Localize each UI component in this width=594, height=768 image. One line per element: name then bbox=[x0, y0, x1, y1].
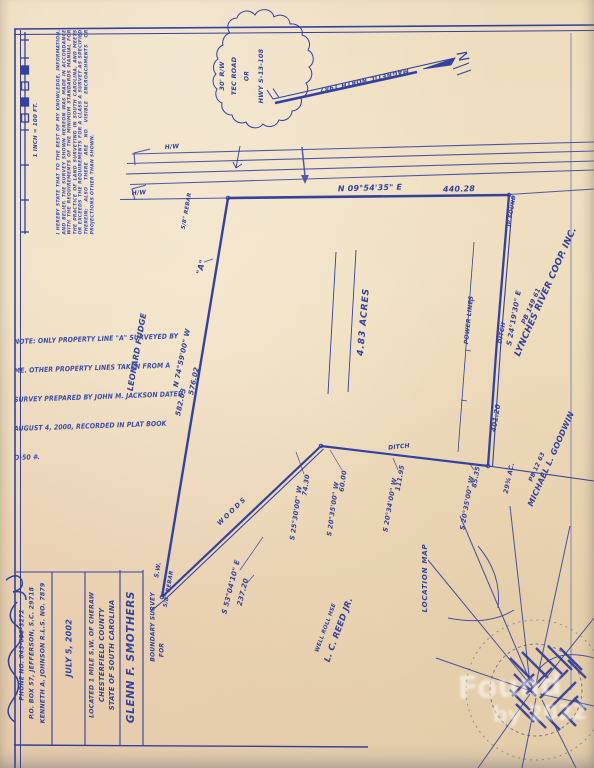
road-name-tec: TEC ROAD bbox=[230, 57, 238, 95]
survey-plat-sheet: { "certification": "I HEREBY STATE THAT … bbox=[0, 0, 594, 768]
title-location: LOCATED 1 MILE S.W. OF CHERAW bbox=[89, 592, 96, 718]
boundary-road-frontage bbox=[228, 195, 509, 198]
title-survey-type: BOUNDARY SURVEY bbox=[150, 592, 157, 662]
title-date: JULY 5, 2002 bbox=[65, 619, 74, 677]
scale-note: 1 INCH = 100 FT. bbox=[33, 103, 39, 158]
graphic-scale-bar bbox=[21, 32, 29, 234]
acreage-underlines bbox=[328, 250, 356, 394]
surveyor-certification: I HEREBY STATE THAT TO THE BEST OF MY KN… bbox=[57, 30, 137, 235]
power-line bbox=[458, 242, 475, 452]
title-survey-for: FOR bbox=[159, 643, 166, 657]
svg-text:N: N bbox=[453, 49, 472, 65]
title-surveyor-address: P.O. BOX 57, JEFFERSON, S.C. 29718 bbox=[29, 587, 36, 719]
title-county: CHESTERFIELD COUNTY bbox=[98, 608, 106, 702]
headwall-label-top: H/W bbox=[165, 143, 180, 151]
note-line5: O-50 #. bbox=[14, 453, 40, 462]
headwall-label-bottom: H/W bbox=[132, 189, 147, 197]
title-surveyor: KENNETH A. JOHNSON R.L.S. NO. 7879 bbox=[40, 583, 47, 724]
title-state: STATE OF SOUTH CAROLINA bbox=[108, 600, 116, 711]
title-surveyor-phone: PHONE NO. 843-658-3272 bbox=[19, 609, 26, 700]
road-frontage-bearing: N 09°54'35" E bbox=[338, 183, 403, 194]
road-frontage-distance: 440.28 bbox=[443, 184, 475, 194]
road-name-hwy: HWY S-13-108 bbox=[257, 49, 265, 104]
title-owner-name: GLENN F. SMOTHERS bbox=[125, 591, 137, 723]
road-name-rw: 30' R/W bbox=[218, 61, 226, 90]
parcel-boundary bbox=[151, 193, 594, 611]
road-name-or: OR bbox=[244, 71, 251, 81]
location-map-label: LOCATION MAP bbox=[421, 544, 429, 613]
leader-lines bbox=[204, 259, 474, 583]
